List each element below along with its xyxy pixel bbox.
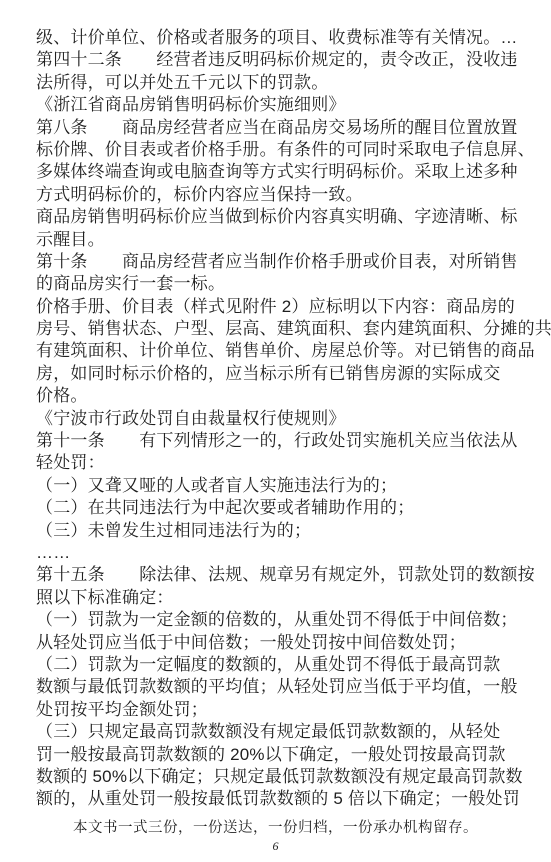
text-line: 处罚按平均金额处罚； bbox=[36, 699, 526, 721]
text-line: 《宁波市行政处罚自由裁量权行使规则》 bbox=[36, 408, 526, 430]
text-line: 示醒目。 bbox=[36, 229, 526, 251]
text-line: （二）在共同违法行为中起次要或者辅助作用的； bbox=[36, 497, 526, 519]
text-line: …… bbox=[36, 542, 526, 564]
text-line: （一）又聋又哑的人或者盲人实施违法行为的； bbox=[36, 475, 526, 497]
text-line: 《浙江省商品房销售明码标价实施细则》 bbox=[36, 94, 526, 116]
text-line: 数额与最低罚款数额的平均值；从轻处罚应当低于平均值，一般 bbox=[36, 676, 526, 698]
text-line: 轻处罚： bbox=[36, 452, 526, 474]
text-line: 第十五条 除法律、法规、规章另有规定外，罚款处罚的数额按 bbox=[36, 564, 526, 586]
page-number: 6 bbox=[0, 839, 551, 854]
text-line: 多媒体终端查询或电脑查询等方式实行明码标价。采取上述多种 bbox=[36, 161, 526, 183]
document-footer-note: 本文书一式三份，一份送达，一份归档，一份承办机构留存。 bbox=[0, 818, 551, 838]
text-line: （三）未曾发生过相同违法行为的； bbox=[36, 520, 526, 542]
text-line: 级、计价单位、价格或者服务的项目、收费标准等有关情况。… bbox=[36, 27, 526, 49]
text-line: 第十条 商品房经营者应当制作价格手册或价目表，对所销售 bbox=[36, 251, 526, 273]
text-line: 价格手册、价目表（样式见附件 2）应标明以下内容：商品房的 bbox=[36, 296, 526, 318]
text-line: 第十一条 有下列情形之一的，行政处罚实施机关应当依法从 bbox=[36, 430, 526, 452]
text-line: （三）只规定最高罚款数额没有规定最低罚款数额的，从轻处 bbox=[36, 721, 526, 743]
text-line: 的商品房实行一套一标。 bbox=[36, 273, 526, 295]
text-line: 有建筑面积、计价单位、销售单价、房屋总价等。对已销售的商品 bbox=[36, 340, 526, 362]
text-line: 法所得，可以并处五千元以下的罚款。 bbox=[36, 72, 526, 94]
text-line: 房，如同时标示价格的，应当标示所有已销售房源的实际成交 bbox=[36, 363, 526, 385]
document-page: 级、计价单位、价格或者服务的项目、收费标准等有关情况。… 第四十二条 经营者违反… bbox=[0, 0, 551, 862]
text-line: （二）罚款为一定幅度的数额的，从重处罚不得低于最高罚款 bbox=[36, 654, 526, 676]
text-line: 额的，从重处罚一般按最低罚款数额的 5 倍以下确定；一般处罚 bbox=[36, 788, 526, 810]
text-line: （一）罚款为一定金额的倍数的，从重处罚不得低于中间倍数； bbox=[36, 609, 526, 631]
text-line: 价格。 bbox=[36, 385, 526, 407]
text-line: 第四十二条 经营者违反明码标价规定的，责令改正，没收违 bbox=[36, 49, 526, 71]
text-line: 从轻处罚应当低于中间倍数；一般处罚按中间倍数处罚； bbox=[36, 632, 526, 654]
text-line: 照以下标准确定： bbox=[36, 587, 526, 609]
text-line: 数额的 50%以下确定；只规定最低罚款数额没有规定最高罚款数 bbox=[36, 766, 526, 788]
text-line: 第八条 商品房经营者应当在商品房交易场所的醒目位置放置 bbox=[36, 117, 526, 139]
text-line: 方式明码标价的，标价内容应当保持一致。 bbox=[36, 184, 526, 206]
text-line: 房号、销售状态、户型、层高、建筑面积、套内建筑面积、分摊的共 bbox=[36, 318, 526, 340]
text-line: 商品房销售明码标价应当做到标价内容真实明确、字迹清晰、标 bbox=[36, 206, 526, 228]
document-body: 级、计价单位、价格或者服务的项目、收费标准等有关情况。… 第四十二条 经营者违反… bbox=[36, 27, 526, 811]
text-line: 罚一般按最高罚款数额的 20%以下确定，一般处罚按最高罚款 bbox=[36, 744, 526, 766]
text-line: 标价牌、价目表或者价格手册。有条件的可同时采取电子信息屏、 bbox=[36, 139, 526, 161]
